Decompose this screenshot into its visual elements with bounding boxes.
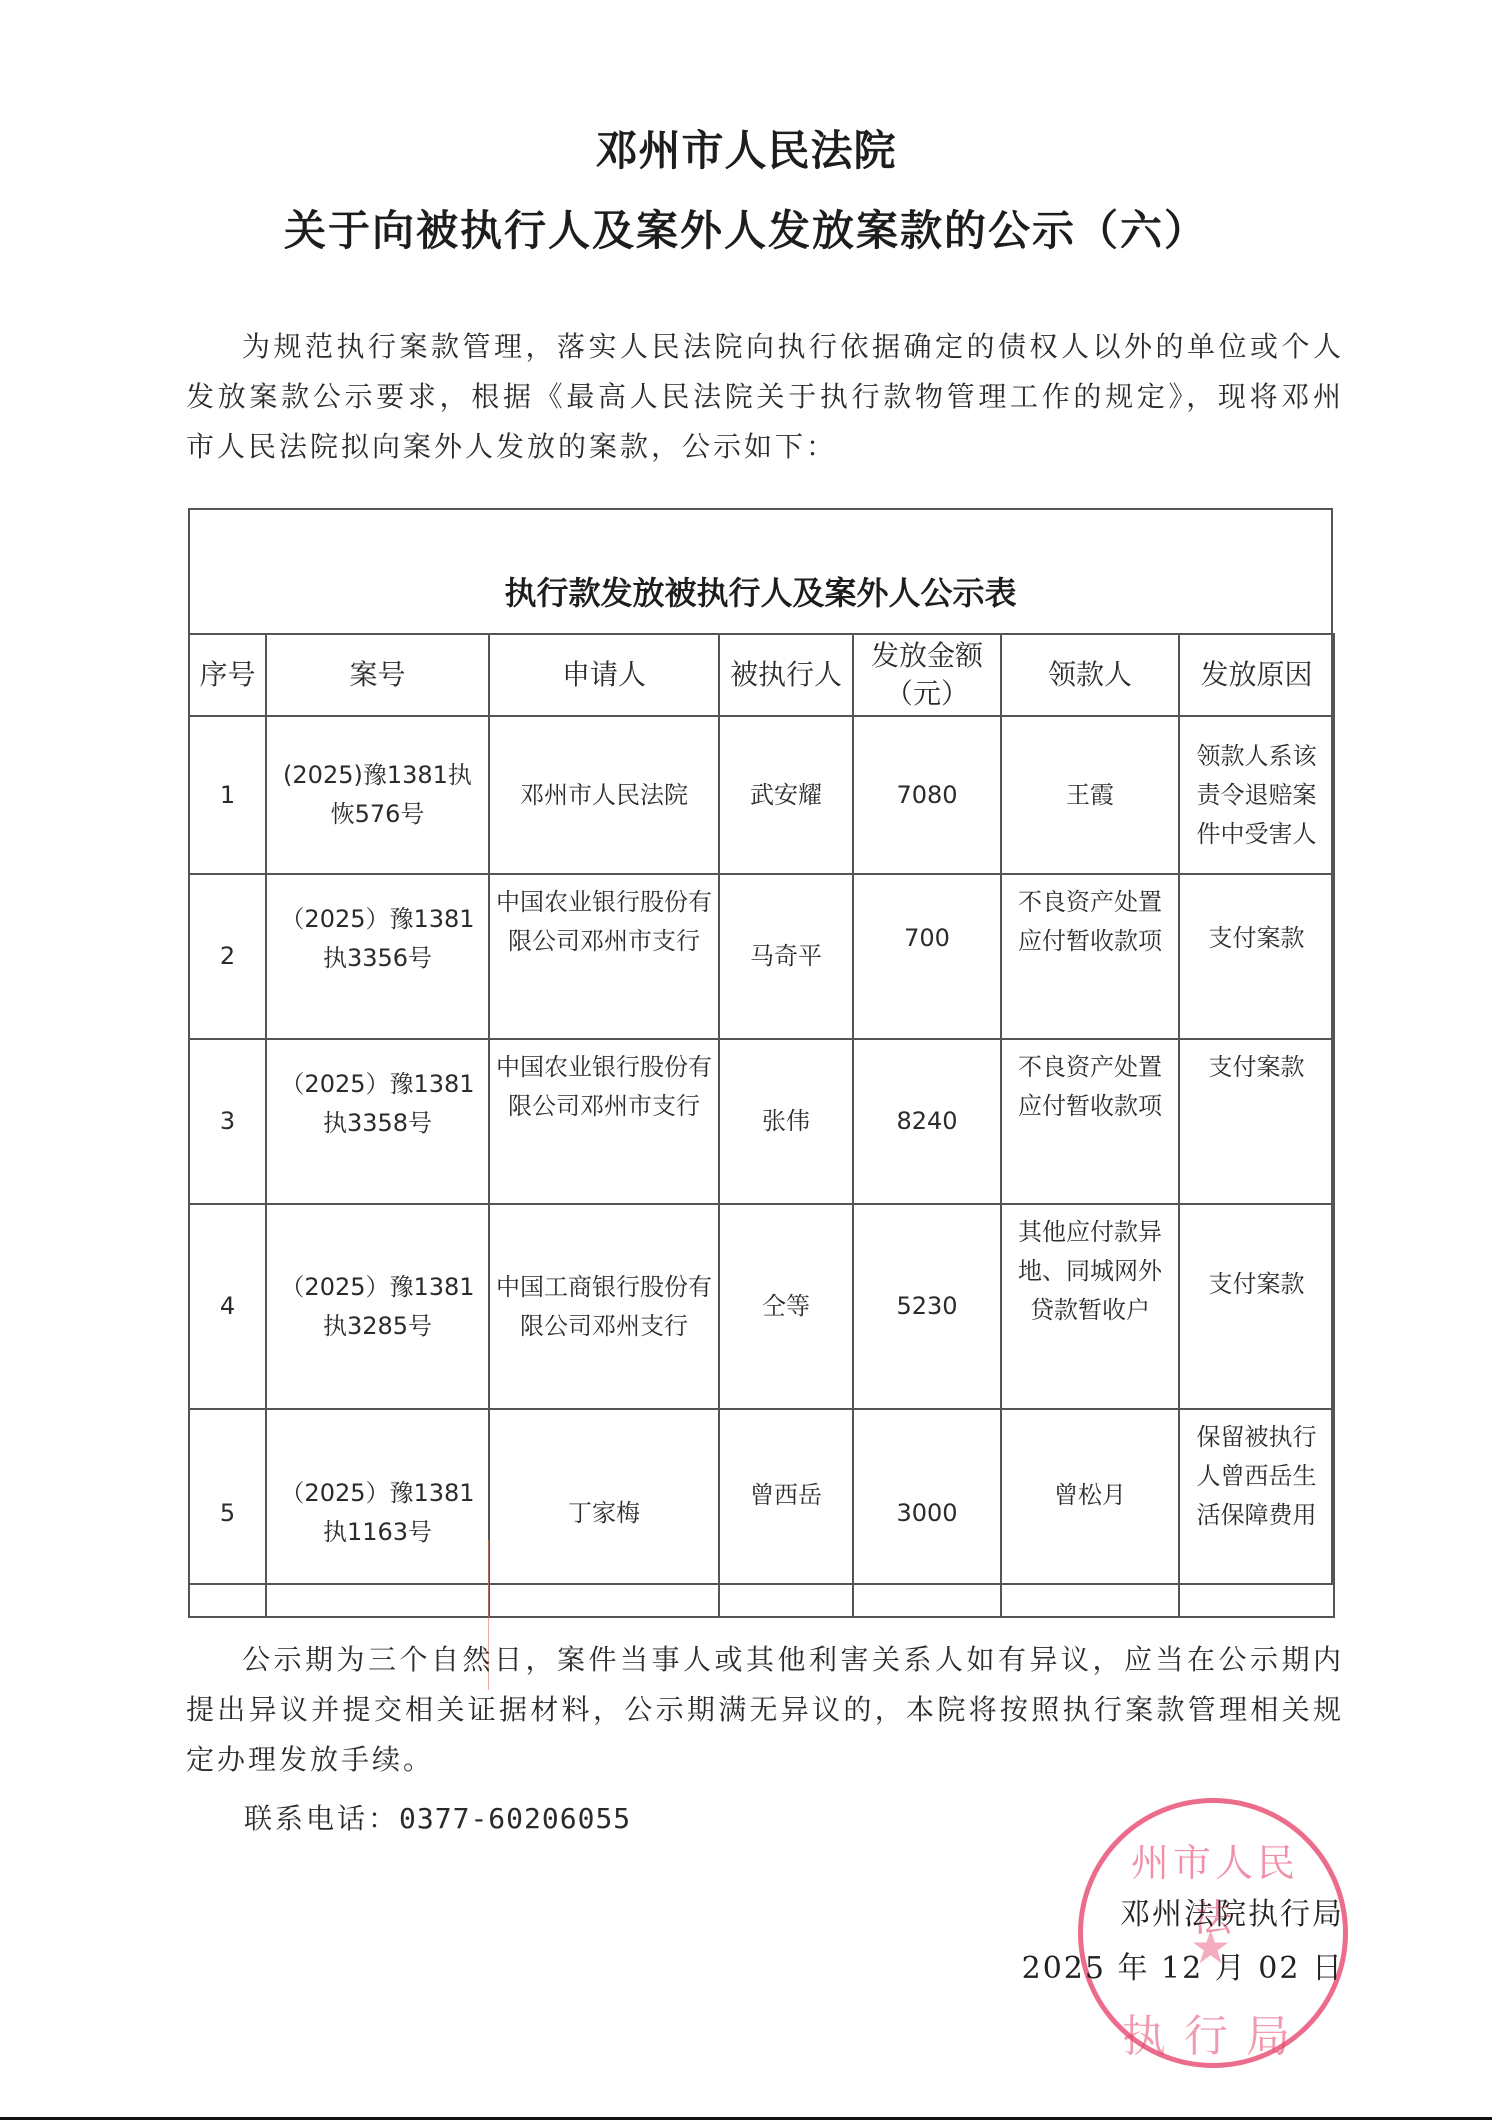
contact-phone: 联系电话：0377-60206055: [244, 1797, 631, 1837]
table-row: 2 （2025）豫1381执3356号 中国农业银行股份有限公司邓州市支行 马奇…: [189, 874, 1334, 1039]
respondent-text: 曾西岳: [750, 1481, 822, 1509]
document-title-notice: 关于向被执行人及案外人发放案款的公示（六）: [0, 198, 1492, 258]
table-row: 1 (2025)豫1381执恢576号 邓州市人民法院 武安耀 7080 王霞 …: [189, 716, 1334, 874]
cell-payee: 曾松月: [1001, 1409, 1179, 1617]
table-row: 5 （2025）豫1381执1163号 丁家梅 曾西岳 3000 曾松月 保留被…: [189, 1409, 1334, 1617]
cell-reason: 保留被执行人曾西岳生活保障费用: [1179, 1409, 1334, 1617]
reason-text: 支付案款: [1209, 1270, 1305, 1298]
cell-case-no: （2025）豫1381执3356号: [266, 874, 489, 1039]
contact-phone-label: 联系电话：: [244, 1802, 399, 1835]
table-title: 执行款发放被执行人及案外人公示表: [188, 568, 1333, 614]
cell-applicant: 丁家梅: [489, 1409, 719, 1617]
issue-date: 2025 年 12 月 02 日: [1022, 1942, 1344, 1996]
cell-amount: 7080: [853, 716, 1001, 874]
column-header-respondent: 被执行人: [719, 634, 853, 716]
cell-seq: 3: [189, 1039, 266, 1204]
cell-seq: 5: [189, 1409, 266, 1617]
cell-seq: 1: [189, 716, 266, 874]
intro-paragraph: 为规范执行案款管理，落实人民法院向执行依据确定的债权人以外的单位或个人发放案款公…: [186, 322, 1344, 472]
cell-payee: 其他应付款异地、同城网外贷款暂收户: [1001, 1204, 1179, 1409]
cell-case-no: （2025）豫1381执1163号: [266, 1409, 489, 1617]
cell-amount: 3000: [853, 1409, 1001, 1617]
column-header-payee: 领款人: [1001, 634, 1179, 716]
cell-case-no: （2025）豫1381执3358号: [266, 1039, 489, 1204]
cell-amount: 5230: [853, 1204, 1001, 1409]
cell-respondent: 张伟: [719, 1039, 853, 1204]
contact-phone-number: 0377-60206055: [399, 1802, 631, 1835]
column-header-case-no: 案号: [266, 634, 489, 716]
cell-case-no: （2025）豫1381执3285号: [266, 1204, 489, 1409]
signature-block: 邓州法院执行局 2025 年 12 月 02 日: [1022, 1888, 1344, 1996]
column-header-applicant: 申请人: [489, 634, 719, 716]
cell-reason: 支付案款: [1179, 1039, 1334, 1204]
cell-amount: 8240: [853, 1039, 1001, 1204]
issuer-name: 邓州法院执行局: [1022, 1888, 1344, 1942]
case-no-text: （2025）豫1381执3356号: [280, 905, 474, 972]
table-header-row: 序号 案号 申请人 被执行人 发放金额（元） 领款人 发放原因: [189, 634, 1334, 716]
payee-text: 曾松月: [1054, 1481, 1126, 1509]
closing-paragraph: 公示期为三个自然日，案件当事人或其他利害关系人如有异议，应当在公示期内提出异议并…: [186, 1635, 1344, 1785]
cell-applicant: 邓州市人民法院: [489, 716, 719, 874]
cell-payee: 王霞: [1001, 716, 1179, 874]
cell-reason: 领款人系该责令退赔案件中受害人: [1179, 716, 1334, 874]
cell-respondent: 曾西岳: [719, 1409, 853, 1617]
cell-respondent: 武安耀: [719, 716, 853, 874]
cell-case-no: (2025)豫1381执恢576号: [266, 716, 489, 874]
reason-text: 支付案款: [1209, 924, 1305, 952]
seal-text-bottom: 执行局: [1110, 2000, 1320, 2064]
cell-seq: 2: [189, 874, 266, 1039]
cell-payee: 不良资产处置应付暂收款项: [1001, 1039, 1179, 1204]
amount-text: 700: [904, 924, 950, 952]
cell-reason: 支付案款: [1179, 874, 1334, 1039]
cell-amount: 700: [853, 874, 1001, 1039]
column-header-reason: 发放原因: [1179, 634, 1334, 716]
disbursement-table: 序号 案号 申请人 被执行人 发放金额（元） 领款人 发放原因 1 (2025)…: [188, 633, 1335, 1618]
table-row: 3 （2025）豫1381执3358号 中国农业银行股份有限公司邓州市支行 张伟…: [189, 1039, 1334, 1204]
table-row: 4 （2025）豫1381执3285号 中国工商银行股份有限公司邓州支行 仝等 …: [189, 1204, 1334, 1409]
cell-payee: 不良资产处置应付暂收款项: [1001, 874, 1179, 1039]
column-header-seq: 序号: [189, 634, 266, 716]
column-header-amount: 发放金额（元）: [853, 634, 1001, 716]
cell-respondent: 马奇平: [719, 874, 853, 1039]
document-title-court: 邓州市人民法院: [0, 118, 1492, 178]
cell-reason: 支付案款: [1179, 1204, 1334, 1409]
cell-seq: 4: [189, 1204, 266, 1409]
case-no-text: （2025）豫1381执3358号: [280, 1070, 474, 1137]
cell-applicant: 中国农业银行股份有限公司邓州市支行: [489, 1039, 719, 1204]
cell-applicant: 中国农业银行股份有限公司邓州市支行: [489, 874, 719, 1039]
cell-respondent: 仝等: [719, 1204, 853, 1409]
cell-applicant: 中国工商银行股份有限公司邓州支行: [489, 1204, 719, 1409]
